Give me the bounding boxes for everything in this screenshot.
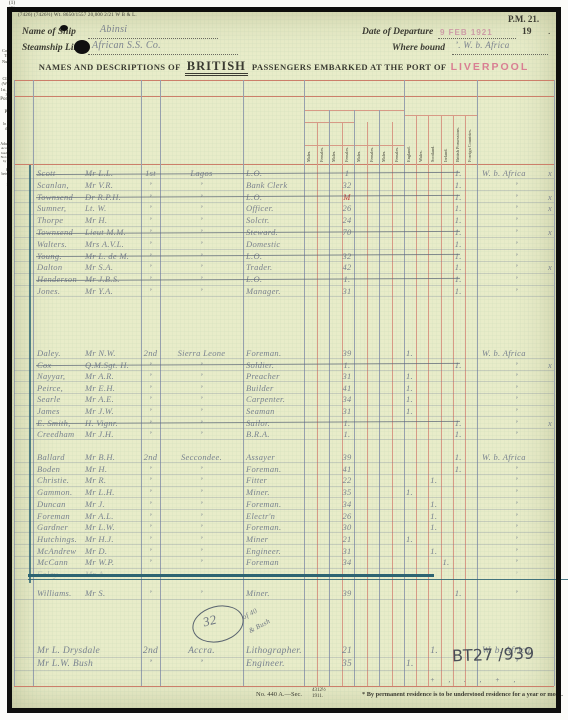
cell-class: ’ [141, 487, 160, 497]
cell-class: ’ [141, 394, 160, 404]
cell-occupation: Foreman. [246, 499, 281, 509]
cell-residence-tick: 1. [455, 192, 462, 202]
cell-age: 34 [335, 499, 359, 509]
cell-surname: Scott [37, 168, 56, 178]
cell-check-mark: x [548, 227, 552, 237]
cell-title-initials: Mr A.L. [85, 511, 114, 521]
cell-port: ’ [160, 511, 243, 521]
cell-occupation: Officer. [246, 203, 274, 213]
cell-age: 39 [335, 452, 359, 462]
cell-occupation: Foreman [246, 557, 279, 567]
cell-age: 34 [335, 394, 359, 404]
cell-occupation: Foreman. [246, 464, 281, 474]
cell-class: ’ [141, 286, 160, 296]
cell-age: 24 [335, 215, 359, 225]
form-number: No. 440 A.—Sec. [256, 691, 302, 698]
cell-class: ’ [141, 429, 160, 439]
cell-title-initials: Mr J. [85, 499, 105, 509]
cell-title-initials: Mr A.E. [85, 394, 114, 404]
cell-title-initials: Mr H.J. [85, 534, 114, 544]
cell-class: ’ [141, 534, 160, 544]
cell-residence-tick: 1. [455, 227, 462, 237]
audit-vertical-line [29, 165, 31, 583]
cell-occupation: Manager. [246, 286, 281, 296]
cell-class: ’ [141, 475, 160, 485]
cell-surname: Hutchings. [37, 534, 77, 544]
cell-surname: McCann [37, 557, 68, 567]
cell-check-mark: x [548, 360, 552, 370]
cell-title-initials: Mr R. [85, 475, 106, 485]
cell-port: ’ [160, 203, 243, 213]
cell-class: ’ [141, 546, 160, 556]
table-rule-vertical [33, 80, 34, 686]
ages-mf-label: Females. [345, 147, 349, 162]
residence-country-label: Ireland. [444, 118, 448, 162]
cell-surname: Sumner, [37, 203, 66, 213]
cell-age: 41 [335, 383, 359, 393]
cell-country: ’ [482, 487, 551, 497]
cell-class: ’ [141, 383, 160, 393]
cell-class: ’ [141, 239, 160, 249]
form-fraction-top: 4312½ [312, 688, 326, 693]
table-rule-horizontal [14, 686, 554, 687]
cell-surname: Duncan [37, 499, 66, 509]
residence-subcolumn-rule [465, 115, 466, 686]
ink-blot-small [60, 25, 68, 31]
row-guide-line [14, 599, 554, 600]
cell-title-initials: Mr J.H. [85, 429, 114, 439]
cell-country: ’ [482, 522, 551, 532]
cell-surname: Scanlan, [37, 180, 69, 190]
cell-title-initials: Mr E.H. [85, 383, 115, 393]
cell-occupation: Miner. [246, 487, 270, 497]
cell-age: 35 [335, 487, 359, 497]
residence-subcolumn-rule [453, 115, 454, 686]
steamship-line-value: African S.S. Co. [92, 40, 161, 51]
cell-title-initials: Mrs A.V.L. [85, 239, 124, 249]
cell-check-mark: x [548, 168, 552, 178]
residence-country-label: Wales. [419, 118, 423, 162]
cell-age: 22 [335, 475, 359, 485]
cell-country: ’ [482, 429, 551, 439]
cell-occupation: Engineer. [246, 546, 281, 556]
cell-surname: Searle [37, 394, 61, 404]
cell-title-initials: Mr H. [85, 215, 107, 225]
cell-occupation: Bank Clerk [246, 180, 287, 190]
residence-subcolumn-rule [441, 115, 442, 686]
cell-class: 2nd [141, 646, 160, 656]
archive-reference: BT27 /939 [452, 644, 535, 666]
ages-mf-label: Females. [320, 147, 324, 162]
cell-port: Sierra Leone [160, 348, 243, 358]
cell-occupation: Solctr. [246, 215, 270, 225]
cell-port: ’ [160, 180, 243, 190]
cell-residence-tick: 1. [406, 371, 413, 381]
cell-occupation: Foreman. [246, 348, 281, 358]
cell-age: 34 [335, 557, 359, 567]
cell-age: 32 [335, 251, 359, 261]
cell-class: ’ [141, 522, 160, 532]
cell-port: ’ [160, 406, 243, 416]
cell-occupation: Builder [246, 383, 274, 393]
cell-occupation: Miner [246, 534, 268, 544]
cell-country: ’ [482, 557, 551, 567]
cell-class: ’ [141, 262, 160, 272]
residence-country-label: British Possessions. [456, 118, 460, 162]
cell-surname: Dalton [37, 262, 62, 272]
year-print: 19 [522, 27, 532, 37]
cell-age: 1. [335, 360, 359, 370]
cell-country: ’ [482, 475, 551, 485]
row-guide-line [14, 296, 554, 297]
cell-class: ’ [141, 464, 160, 474]
cell-residence-tick: 1. [455, 360, 462, 370]
table-rule-vertical [14, 80, 15, 686]
cell-surname: Gammon. [37, 487, 72, 497]
cell-age: 26 [335, 203, 359, 213]
cell-title-initials: Mr S.A. [85, 262, 113, 272]
table-rule-vertical [304, 80, 305, 686]
residence-country-label: England. [407, 118, 411, 162]
cell-country: ’ [482, 534, 551, 544]
cell-title-initials: Mr H. [85, 464, 107, 474]
cell-age: 1. [335, 418, 359, 428]
cell-class: ’ [141, 215, 160, 225]
cell-surname: Nayyar, [37, 371, 65, 381]
cell-title-initials: Mr W.P. [85, 557, 114, 567]
cell-country: ’ [482, 192, 551, 202]
cell-surname: Christie. [37, 475, 69, 485]
heavy-crossout-line2 [28, 579, 568, 580]
cell-residence-tick: 1. [455, 251, 462, 261]
cell-occupation: Assayer [246, 452, 275, 462]
cell-age: 1. [335, 429, 359, 439]
where-bound-label: Where bound [392, 43, 445, 53]
ages-mf-label: Males. [307, 147, 311, 162]
departure-date-label: Date of Departure [362, 27, 433, 37]
cell-occupation: Preacher [246, 371, 280, 381]
residence-country-label: Foreign Countries. [468, 118, 472, 162]
cell-residence-tick: 1. [430, 475, 437, 485]
heavy-crossout-line [28, 574, 434, 577]
cell-port: ’ [160, 534, 243, 544]
cell-surname: Daley. [37, 348, 61, 358]
cell-age: 31 [335, 546, 359, 556]
cell-country: ’ [482, 203, 551, 213]
cell-title-initials: Mr L.H. [85, 487, 115, 497]
cell-port: ’ [160, 464, 243, 474]
cell-port: ’ [160, 475, 243, 485]
cell-occupation: Carpenter. [246, 394, 285, 404]
cell-check-mark: x [548, 262, 552, 272]
cell-residence-tick: 1. [455, 262, 462, 272]
cell-residence-tick: 1. [406, 487, 413, 497]
cell-surname: Mr L.W. Bush [37, 659, 93, 669]
cell-country: ’ [482, 546, 551, 556]
cell-title-initials: Mr J.W. [85, 406, 114, 416]
cell-age: 21 [335, 534, 359, 544]
cell-class: ’ [141, 659, 160, 669]
cell-residence-tick: 1. [430, 511, 437, 521]
row-guide-line [14, 670, 554, 671]
cell-check-mark: x [548, 192, 552, 202]
cell-port: Seccondee. [160, 452, 243, 462]
cell-occupation: Electr'n [246, 511, 275, 521]
cell-residence-tick: 1. [455, 239, 462, 249]
cell-surname: Foreman [37, 511, 70, 521]
table-rule-vertical [243, 80, 244, 686]
ages-mf-label: Females. [370, 147, 374, 162]
cell-country: ’ [482, 499, 551, 509]
cell-occupation: B.R.A. [246, 429, 270, 439]
cell-surname: James [37, 406, 60, 416]
cell-country: ’ [482, 180, 551, 190]
cell-occupation: Miner. [246, 588, 270, 598]
cell-country: ’ [482, 227, 551, 237]
table-rule-vertical [554, 80, 555, 686]
cell-age: 30 [335, 522, 359, 532]
cell-surname: Mr L. Drysdale [37, 646, 100, 656]
cell-title-initials: Mr L.W. [85, 522, 115, 532]
document-title: NAMES AND DESCRIPTIONS OF BRITISH PASSEN… [14, 57, 554, 75]
cell-title-initials: Mr D. [85, 546, 107, 556]
cell-port: ’ [160, 262, 243, 272]
cell-port: ’ [160, 522, 243, 532]
cell-country: ’ [482, 251, 551, 261]
form-reference: P.M. 21. [508, 14, 539, 24]
cell-port: ’ [160, 394, 243, 404]
cell-age: 21 [335, 646, 359, 656]
cell-country: ’ [482, 406, 551, 416]
cell-surname: Walters. [37, 239, 67, 249]
cell-residence-tick: 1. [455, 464, 462, 474]
cell-surname: McAndrew [37, 546, 76, 556]
cell-residence-tick: 1. [455, 168, 462, 178]
cell-title-initials: Lt. W. [85, 203, 107, 213]
cell-country: ’ [482, 464, 551, 474]
cell-class: ’ [141, 406, 160, 416]
cell-residence-tick: 1. [455, 203, 462, 213]
cell-check-mark: x [548, 203, 552, 213]
title-part1: NAMES AND DESCRIPTIONS OF [39, 62, 181, 72]
cell-surname: Ballard [37, 452, 65, 462]
cell-class: ’ [141, 499, 160, 509]
cell-occupation: Domestic [246, 239, 281, 249]
cell-age: 41 [335, 464, 359, 474]
residence-country-label: Scotland. [431, 118, 435, 162]
cell-country: ’ [482, 215, 551, 225]
cell-residence-tick: 1. [406, 383, 413, 393]
ages-mf-label: Males. [357, 147, 361, 162]
cell-port: ’ [160, 487, 243, 497]
dot: . [548, 27, 550, 37]
cell-port: ’ [160, 557, 243, 567]
cell-residence-tick: 1. [443, 557, 450, 567]
cell-port: ’ [160, 499, 243, 509]
ship-name-value: Abinsi [100, 24, 127, 35]
printer-imprint: (7426) (7426½) Wt. 8650/1557 20,000 2/21… [18, 13, 137, 18]
cell-country: ’ [482, 383, 551, 393]
cell-residence-tick: 1. [455, 429, 462, 439]
form-fraction-bottom: 1911. [312, 694, 323, 699]
cell-surname: Boden [37, 464, 60, 474]
cell-residence-tick: 1. [406, 348, 413, 358]
cell-residence-tick: 1. [455, 180, 462, 190]
cell-residence-tick: 1. [455, 215, 462, 225]
cell-surname: Creedham [37, 429, 75, 439]
table-rule-vertical [404, 80, 405, 686]
cell-title-initials: Mr S. [85, 588, 105, 598]
port-of-embarkation-stamp: LIVERPOOL [451, 61, 530, 73]
cell-residence-tick: 1. [455, 274, 462, 284]
cell-residence-tick: 1. [406, 406, 413, 416]
cell-country: W. b. Africa [482, 168, 551, 178]
cell-residence-tick: 1. [455, 418, 462, 428]
cell-country: ’ [482, 394, 551, 404]
cell-residence-tick: 1. [430, 546, 437, 556]
cell-title-initials: Mr A.R. [85, 371, 114, 381]
cell-country: ’ [482, 360, 551, 370]
cell-occupation: Fitter [246, 475, 267, 485]
cell-title-initials: Mr Y.A. [85, 286, 113, 296]
cell-country: ’ [482, 262, 551, 272]
cell-age: 42 [335, 262, 359, 272]
cell-country: ’ [482, 371, 551, 381]
cell-port: ’ [160, 215, 243, 225]
cell-port: Accra. [160, 646, 243, 656]
cell-age: 31 [335, 406, 359, 416]
cell-port: ’ [160, 371, 243, 381]
cell-surname: Williams. [37, 588, 72, 598]
cell-residence-tick: 1. [455, 286, 462, 296]
cell-port: ’ [160, 588, 243, 598]
cell-occupation: Trader. [246, 262, 272, 272]
cell-residence-tick: 1. [430, 499, 437, 509]
cell-port: ’ [160, 383, 243, 393]
title-part2: PASSENGERS EMBARKED AT THE PORT OF [252, 62, 447, 72]
residence-subcolumn-rule [416, 115, 417, 686]
scanned-passenger-manifest: (7426) (7426½) Wt. 8650/1557 20,000 2/21… [0, 0, 568, 720]
cell-port: ’ [160, 239, 243, 249]
cell-country: ’ [482, 418, 551, 428]
cell-class: ’ [141, 511, 160, 521]
where-bound-value: ’. W. b. Africa [455, 40, 510, 50]
table-rule-horizontal [14, 164, 554, 165]
cell-title-initials: Mr V.R. [85, 180, 113, 190]
cell-surname: Jones. [37, 286, 60, 296]
cell-class: ’ [141, 557, 160, 567]
cell-class: 2nd [141, 348, 160, 358]
cell-surname: Gardner [37, 522, 68, 532]
cell-class: 2nd [141, 452, 160, 462]
ages-mf-label: Males. [382, 147, 386, 162]
cell-residence-tick: 1. [430, 646, 438, 656]
cell-class: ’ [141, 203, 160, 213]
cell-residence-tick: 1. [430, 522, 437, 532]
title-emphasis-british: BRITISH [185, 59, 248, 76]
cell-country: ’ [482, 511, 551, 521]
cell-residence-tick: 1. [455, 588, 462, 598]
circle-annotation: 32 [201, 612, 218, 631]
cell-residence-tick: 1. [455, 452, 462, 462]
cell-country: ’ [482, 588, 551, 598]
cell-country: ’ [482, 274, 551, 284]
ages-mf-label: Females. [395, 147, 399, 162]
cell-country: W. b. Africa [482, 348, 551, 358]
cell-country: W. b. Africa [482, 452, 551, 462]
cell-age: 26 [335, 511, 359, 521]
cell-occupation: Lithographer. [246, 646, 302, 656]
cell-surname: Peirce, [37, 383, 63, 393]
cell-class: ’ [141, 180, 160, 190]
cell-residence-tick: 1. [406, 394, 413, 404]
cell-port: ’ [160, 286, 243, 296]
cell-occupation: Foreman. [246, 522, 281, 532]
cell-country: ’ [482, 569, 551, 579]
cell-age: M [335, 192, 359, 202]
cell-surname: Thorpe [37, 215, 63, 225]
residence-subcolumn-rule [428, 115, 429, 686]
ages-subcolumn-rule [379, 110, 380, 686]
table-rule-horizontal [14, 80, 554, 81]
cell-occupation: Engineer. [246, 659, 285, 669]
cell-country: ’ [482, 286, 551, 296]
cell-check-mark: x [548, 418, 552, 428]
cell-port: ’ [160, 546, 243, 556]
cell-age: 39 [335, 348, 359, 358]
cell-residence-tick: 1. [406, 534, 413, 544]
cell-title-initials: Mr N.W. [85, 348, 116, 358]
cell-age: 32 [335, 180, 359, 190]
footnote: * By permanent residence is to be unders… [362, 691, 563, 698]
cell-class: ’ [141, 371, 160, 381]
cell-residence-tick: 1. [406, 659, 414, 669]
departure-date-stamp: 9 FEB 1921 [440, 28, 493, 37]
cell-age: 31 [335, 286, 359, 296]
cell-class: ’ [141, 588, 160, 598]
cell-occupation: Seaman [246, 406, 275, 416]
cell-age: 39 [335, 588, 359, 598]
table-rule-horizontal [14, 96, 554, 97]
cell-age: 31 [335, 371, 359, 381]
table-rule-vertical [477, 80, 478, 686]
cell-port: ’ [160, 659, 243, 669]
row-guide-line [14, 439, 554, 440]
cell-age: 35 [335, 659, 359, 669]
ink-blot-large [74, 40, 90, 54]
pencil-tally-marks: + , . , + , [430, 676, 521, 684]
cell-country: ’ [482, 239, 551, 249]
ages-mf-label: Males. [332, 147, 336, 162]
cell-port: ’ [160, 429, 243, 439]
cell-title-initials: Mr B.H. [85, 452, 115, 462]
